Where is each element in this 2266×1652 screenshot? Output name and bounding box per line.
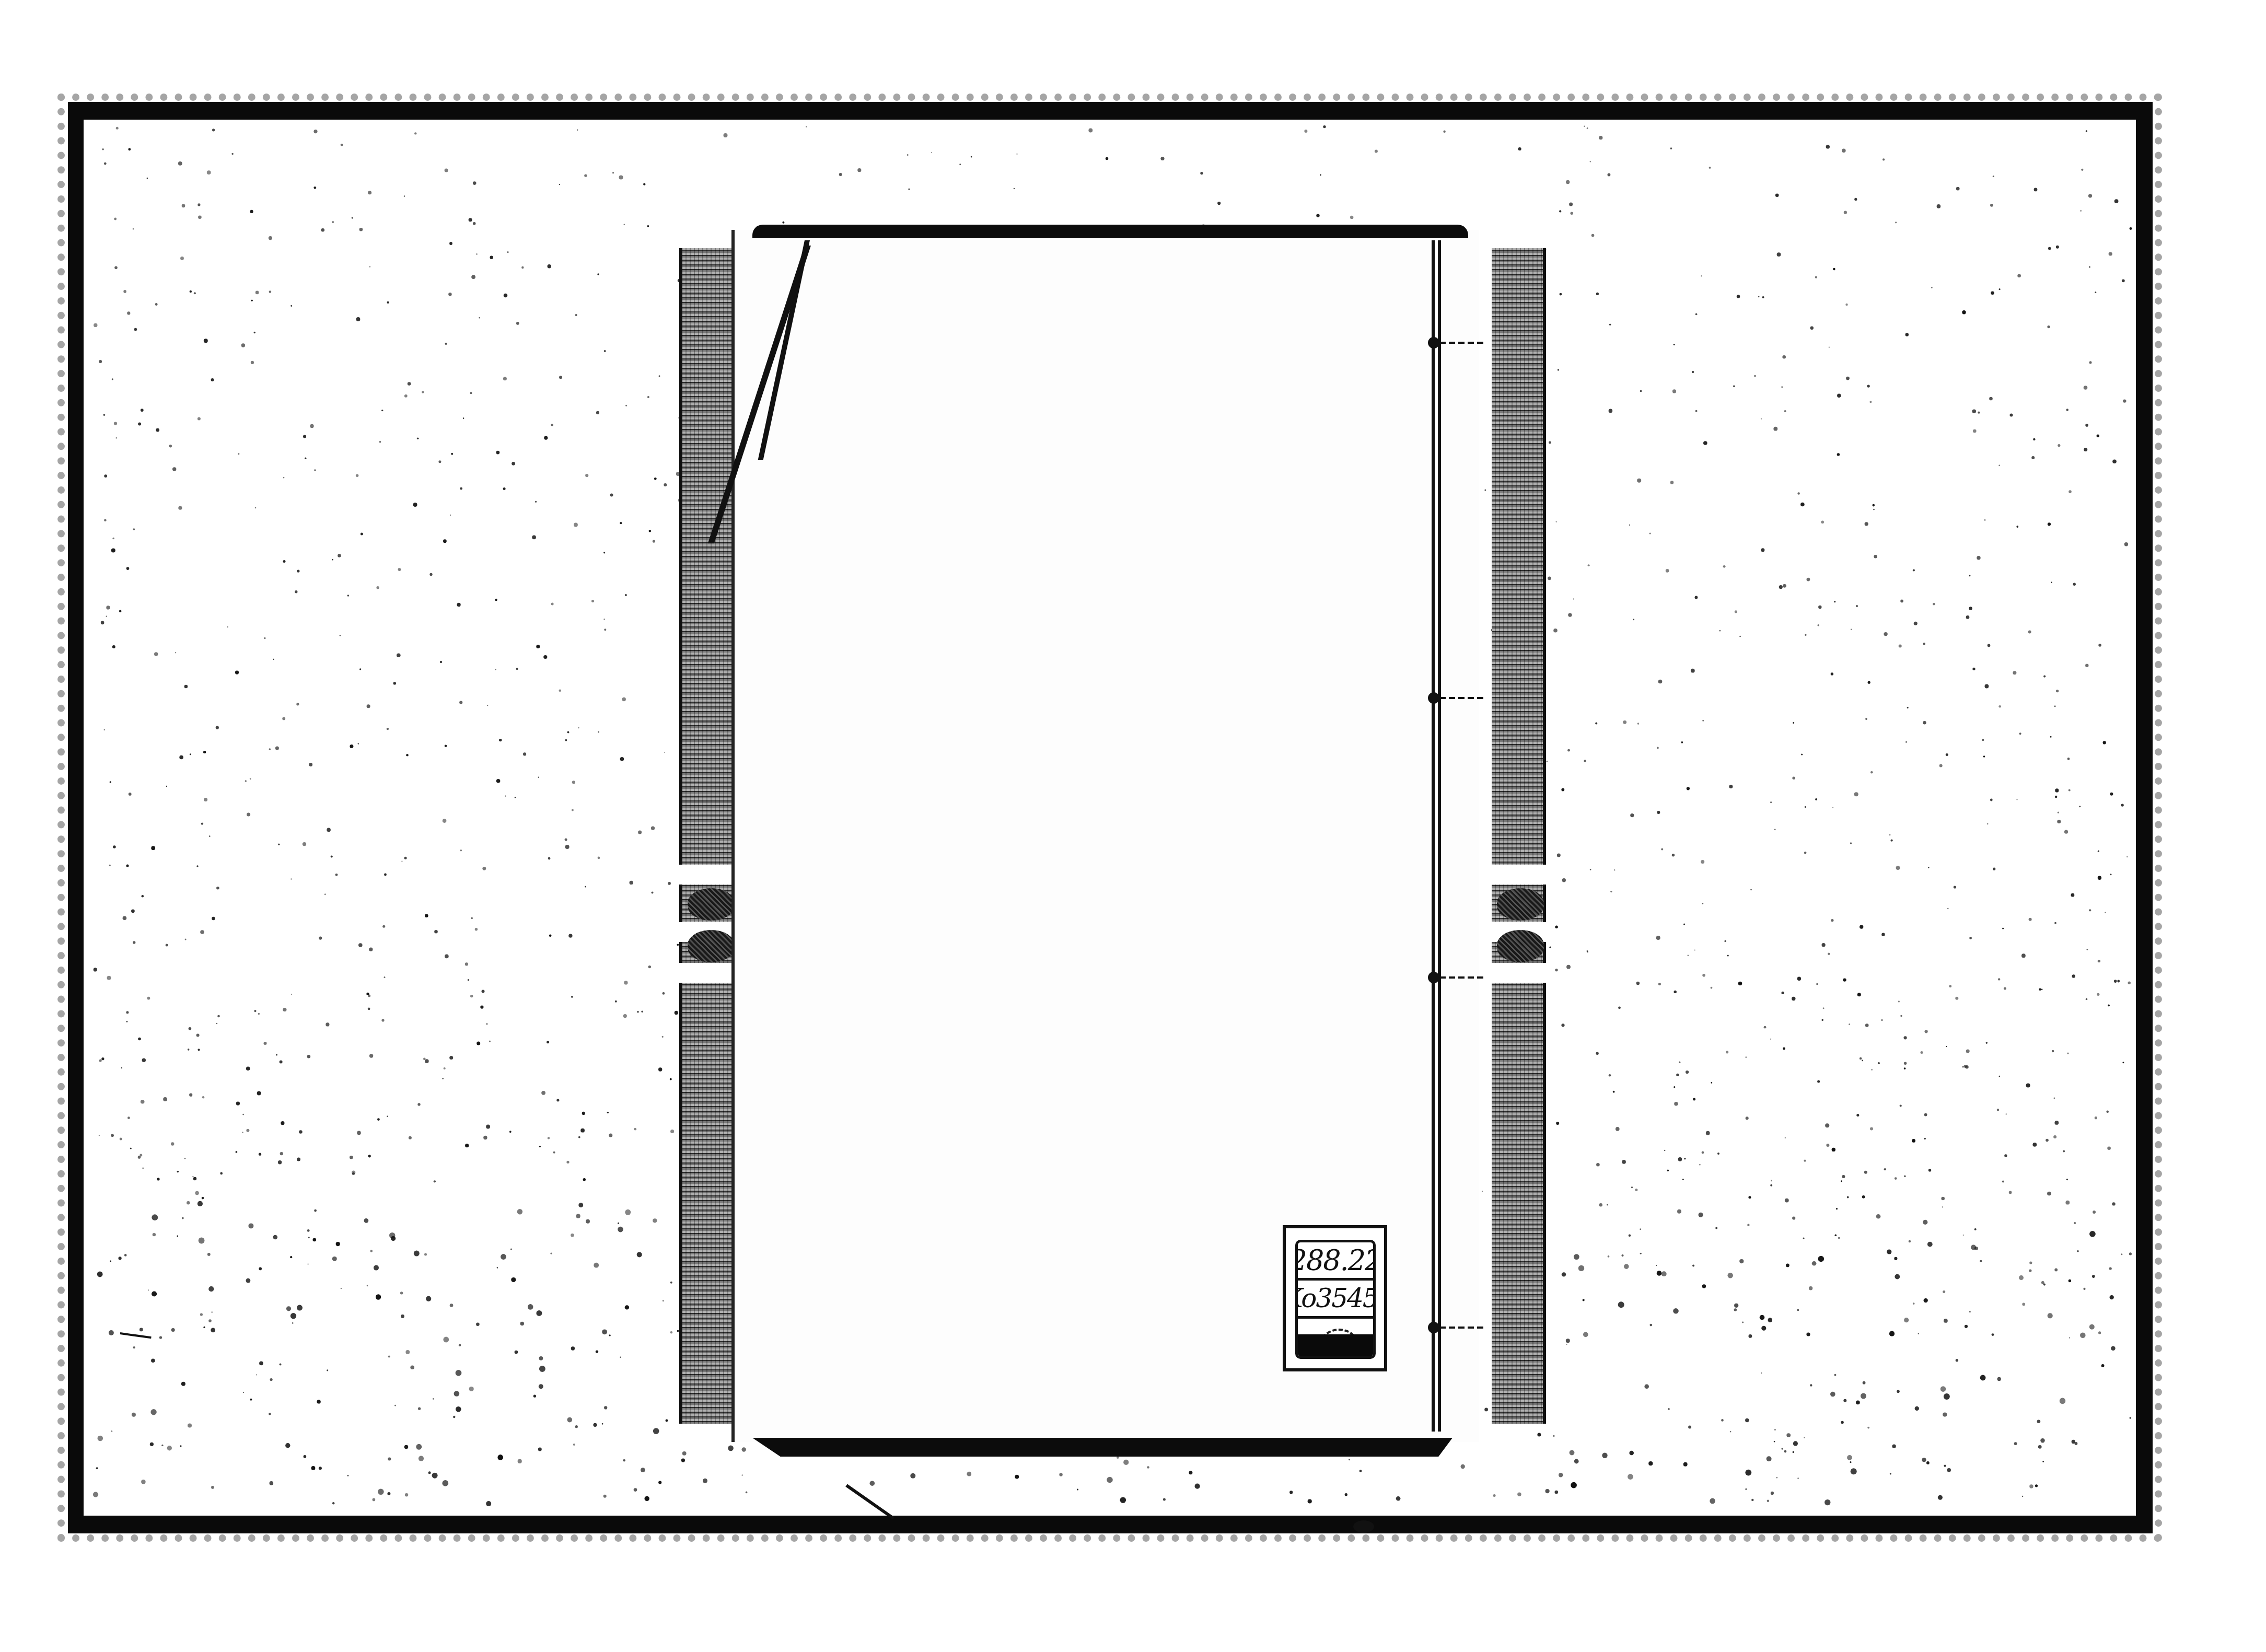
stitch-hole-icon (1428, 337, 1439, 348)
clasp-gap (1488, 865, 1549, 885)
clasp-gap (1488, 963, 1549, 983)
stitch-hole-icon (1428, 1322, 1439, 1333)
clasp-gap (678, 963, 740, 983)
stitch-thread (1439, 697, 1486, 699)
call-number-label: 288.22 Ko3545t (1283, 1225, 1387, 1371)
label-cutter-number: Ko3545t (1298, 1281, 1373, 1319)
label-inner-frame: 288.22 Ko3545t (1295, 1240, 1376, 1359)
stitch-thread (1439, 1327, 1486, 1329)
clasp-right-upper (1497, 888, 1544, 921)
stitch-thread (1439, 342, 1486, 344)
case-right-panel (1492, 248, 1546, 1424)
label-bottom-band (1298, 1334, 1373, 1356)
stitch-thread (1439, 976, 1486, 979)
binding-line (1432, 240, 1435, 1432)
book-top-edge (752, 225, 1468, 238)
stitch-hole-icon (1428, 692, 1439, 704)
clasp-gap (678, 865, 740, 885)
clasp-left-upper (688, 888, 735, 921)
clasp-right-lower (1497, 930, 1544, 962)
ink-blot (1353, 1520, 1374, 1533)
label-classification: 288.22 (1298, 1242, 1373, 1281)
binding-line (1438, 240, 1441, 1432)
stitch-hole-icon (1428, 972, 1439, 983)
clasp-left-lower (688, 930, 735, 962)
book-bottom-edge (752, 1438, 1452, 1457)
